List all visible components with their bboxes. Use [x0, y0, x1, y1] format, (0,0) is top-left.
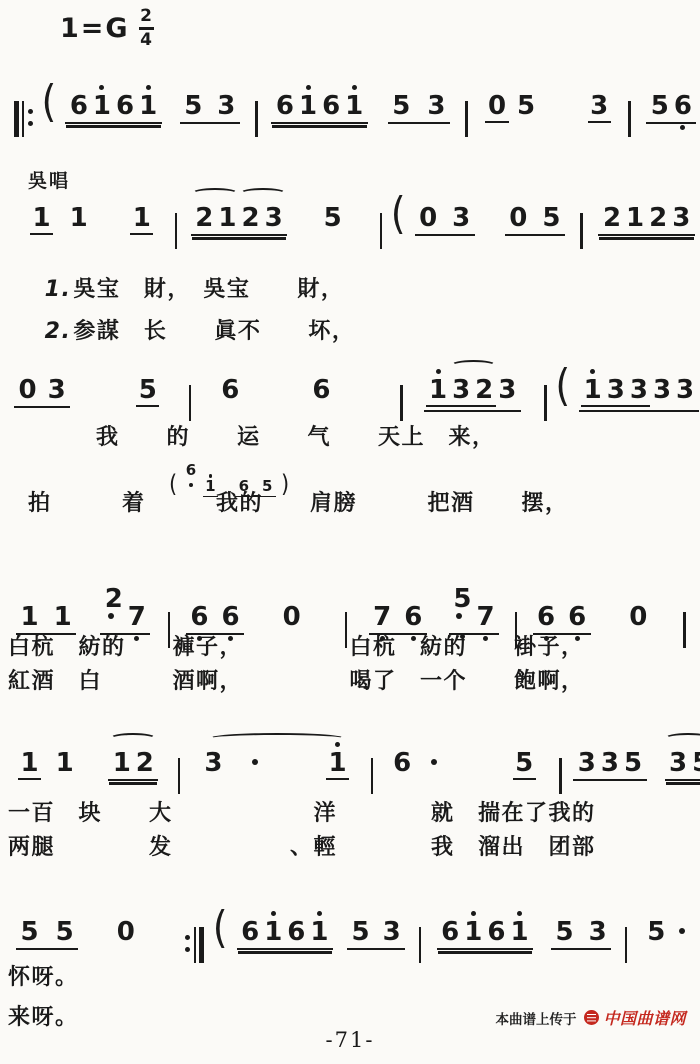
note-3: 3	[450, 205, 473, 231]
note-digit: 5	[517, 93, 535, 119]
note-digit: 0	[509, 205, 527, 231]
barline	[378, 213, 384, 249]
note-6: 6	[67, 93, 90, 119]
note-digit: 6	[116, 93, 134, 119]
note-digit: 5	[651, 93, 669, 119]
note-1: 1	[624, 205, 647, 231]
note-digit: 1	[510, 919, 528, 945]
note-6: 6	[439, 919, 462, 945]
beam-group: 57	[449, 584, 499, 635]
key-label: 1=G	[60, 13, 130, 44]
note-digit: 5	[184, 93, 202, 119]
note-digit: 0	[283, 604, 301, 630]
note-1: 1	[90, 93, 113, 119]
bar-stroke	[178, 758, 181, 794]
note-1: 1	[216, 205, 239, 231]
note-2: 2	[193, 205, 216, 231]
watermark-credit: 本曲谱上传于 中国曲谱网	[495, 1006, 686, 1029]
repeat-dots	[28, 101, 33, 137]
note-digit: 6	[393, 750, 411, 776]
note-digit: 6	[70, 93, 88, 119]
note-6: 6	[566, 604, 589, 630]
note-6: 6	[219, 604, 242, 630]
barline	[623, 927, 629, 963]
slur-arc	[451, 360, 495, 371]
beam-group: 53	[347, 917, 405, 950]
beam-group: 53	[180, 91, 240, 124]
beam-group: 05	[505, 203, 565, 236]
lyric-line-row: 两腿 发 、輕 我 溜出 团部	[8, 834, 596, 862]
note-digit: 1	[133, 205, 151, 231]
octave-dot-high	[271, 911, 276, 916]
augmentation-dot	[431, 759, 437, 765]
note-3: 3	[380, 919, 403, 945]
barline	[558, 758, 564, 794]
note-digit: 1	[93, 93, 111, 119]
note-2: 2	[239, 205, 262, 231]
note-0: 0	[417, 205, 440, 231]
beam-group: 5	[319, 203, 346, 234]
barline	[627, 101, 633, 137]
beam-group: 6	[389, 748, 495, 779]
bar-stroke	[371, 758, 374, 794]
note-1: 1	[110, 750, 133, 776]
note-digit: 3	[383, 919, 401, 945]
barline	[464, 101, 470, 137]
beam-group: 03	[14, 375, 70, 408]
beam-group: 31	[200, 748, 351, 783]
bar-stroke	[628, 101, 631, 137]
note-digit: 3	[607, 377, 625, 403]
note-digit: 5	[392, 93, 410, 119]
note-digit: 3	[452, 377, 470, 403]
note-digit: 7	[373, 604, 391, 630]
note-digit: 6	[276, 93, 294, 119]
note-digit: 3	[48, 377, 66, 403]
bar-stroke	[419, 927, 422, 963]
time-signature-numerator: 2	[140, 8, 152, 25]
note-0: 0	[627, 604, 650, 630]
note-digit: 0	[117, 919, 135, 945]
octave-dot-high	[209, 474, 213, 478]
music-line-verse-2: 035661323(13333)	[6, 372, 700, 414]
octave-dot-high	[306, 85, 311, 90]
beam-group: 03	[415, 203, 475, 236]
slur-arc	[209, 733, 345, 744]
octave-dot-high	[590, 369, 595, 374]
beam-group: 2123	[191, 203, 287, 236]
beam-group: 66	[533, 602, 591, 635]
note-3: 3	[202, 750, 225, 776]
note-digit: 6	[241, 919, 259, 945]
note-2: 2	[473, 377, 496, 407]
note-digit: 5	[56, 919, 74, 945]
note-digit: 6	[322, 93, 340, 119]
barline	[176, 758, 182, 794]
music-line-intro: (616153616153053566)	[6, 88, 700, 130]
augmentation-dot	[679, 928, 685, 934]
note-1: 1	[51, 604, 74, 630]
beam-group: 6161	[271, 91, 367, 124]
credit-label: 本曲谱上传于	[495, 1008, 576, 1028]
note-7: 7	[125, 604, 148, 630]
note-digit: 1	[56, 750, 74, 776]
slur-arc	[192, 188, 238, 199]
beam-group: 0	[278, 602, 305, 633]
note-7: 7	[371, 604, 394, 630]
note-digit: 5	[542, 205, 560, 231]
slur-arc	[240, 188, 286, 199]
note-0: 0	[280, 604, 303, 630]
note-digit: 1	[21, 750, 39, 776]
note-digit: 0	[629, 604, 647, 630]
barline	[543, 385, 549, 421]
note-1: 1	[508, 919, 531, 945]
note-digit: 1	[70, 205, 88, 231]
note-digit: 6	[287, 919, 305, 945]
note-1: 1	[53, 750, 76, 776]
lyric-line-row: 白杭 紡的 褲子， 白杭 紡的 褂子，	[8, 634, 585, 662]
beam-group: 6	[217, 375, 244, 406]
site-name: 中国曲谱网	[603, 1006, 686, 1029]
note-5: 5	[513, 750, 536, 780]
note-6: 6	[671, 93, 694, 119]
note-3: 3	[598, 750, 621, 776]
bar-stroke	[189, 385, 192, 421]
page-number: -71-	[0, 1028, 700, 1052]
note-digit: 6	[537, 604, 555, 630]
note-5: 5	[540, 205, 563, 231]
note-digit: 6	[221, 604, 239, 630]
bar-stroke	[22, 101, 25, 137]
barline	[579, 213, 585, 249]
note-1: 1	[426, 377, 449, 407]
note-0: 0	[485, 93, 508, 123]
note-3: 3	[575, 750, 598, 776]
note-digit: 3	[676, 377, 694, 403]
note-3: 3	[667, 750, 690, 776]
note-digit: 6	[221, 377, 239, 403]
beam-group: 76	[369, 602, 427, 635]
note-6: 6	[285, 919, 308, 945]
music-line-verse-3: 11276607657660	[8, 584, 693, 641]
note-0: 0	[507, 205, 530, 231]
beam-group: 55	[16, 917, 78, 950]
augmentation-dot	[252, 759, 258, 765]
note-5: 5	[648, 93, 671, 119]
octave-dot-high	[436, 369, 441, 374]
beam-group: 53	[388, 91, 450, 124]
note-digit: 5	[692, 750, 700, 776]
note-digit: 2	[649, 205, 667, 231]
bar-stroke	[465, 101, 468, 137]
beam-group: 56	[646, 91, 696, 124]
repeat-begin-barline	[12, 101, 35, 137]
note-3: 3	[627, 377, 650, 407]
note-2: 2	[133, 750, 156, 776]
lyric-line-row: 紅酒 白 酒啊， 喝了 一个 飽啊，	[8, 668, 585, 696]
lyric-line-row: 一百 块 大 洋 就 揣在了我的	[8, 800, 596, 828]
note-6: 6	[535, 604, 558, 630]
note-5: 5	[690, 750, 700, 776]
note-digit: 5	[139, 377, 157, 403]
beam-group: 1323	[424, 375, 520, 412]
music-line-verse-4: 11123165335353	[8, 748, 700, 787]
note-3: 3	[604, 377, 627, 407]
beam-group: 5	[643, 917, 690, 948]
open-paren: (	[391, 198, 406, 228]
note-3: 3	[650, 377, 673, 403]
note-digit: 1	[345, 93, 363, 119]
beam-group: 11	[16, 602, 76, 635]
note-digit: 6	[674, 93, 692, 119]
octave-dot-high	[352, 85, 357, 90]
note-3: 3	[450, 377, 473, 407]
note-6: 6	[273, 93, 296, 119]
note-digit: 3	[427, 93, 445, 119]
barline	[187, 385, 193, 421]
note-3: 3	[45, 377, 68, 403]
note-6: 6	[188, 604, 211, 630]
note-digit: 5	[21, 919, 39, 945]
note-7: 7	[474, 604, 497, 630]
barline	[369, 758, 375, 794]
bar-stroke	[683, 612, 686, 648]
note-digit: 2	[105, 586, 123, 612]
note-digit: 6	[568, 604, 586, 630]
note-5: 5	[321, 205, 344, 231]
note-1: 1	[18, 750, 41, 780]
note-digit: 3	[590, 93, 608, 119]
lyric-line-row: 我 的 运 气 天上 来，	[96, 424, 496, 452]
octave-dot-high	[99, 85, 104, 90]
time-signature-denominator: 4	[140, 32, 152, 49]
beam-group: 27	[100, 584, 150, 635]
note-digit: 2	[241, 205, 259, 231]
note-digit: 1	[328, 750, 346, 776]
note-3: 3	[496, 377, 519, 403]
note-5: 5	[645, 919, 668, 945]
note-digit: 1	[299, 93, 317, 119]
beam-group: 6	[308, 375, 335, 406]
note-6: 6	[114, 93, 137, 119]
note-digit: 0	[19, 377, 37, 403]
note-digit: 7	[128, 604, 146, 630]
note-5: 5	[553, 919, 576, 945]
lyric-text: 参謀 长 眞不 坏，	[73, 319, 355, 344]
beam-group: 6161	[237, 917, 333, 950]
beam-group: 0	[625, 602, 652, 633]
note-digit: 3	[630, 377, 648, 403]
verse-number: 2.	[45, 319, 72, 344]
note-digit: 3	[452, 205, 470, 231]
note-digit: 3	[204, 750, 222, 776]
bar-stroke	[255, 101, 258, 137]
note-6: 6	[402, 604, 425, 630]
note-6: 6	[239, 919, 262, 945]
beam-group: 5	[511, 748, 538, 783]
note-digit: 6	[190, 604, 208, 630]
repeat-end-barline	[183, 927, 206, 963]
beam-group: 66	[186, 602, 244, 635]
note-digit: 2	[475, 377, 493, 403]
barline	[254, 101, 260, 137]
note-1: 1	[296, 93, 319, 119]
note-digit: 5	[453, 586, 471, 612]
note-digit: 3	[672, 205, 690, 231]
note-digit: 1	[264, 919, 282, 945]
note-digit: 3	[601, 750, 619, 776]
note-0: 0	[16, 377, 39, 403]
barline	[417, 927, 423, 963]
bar-stroke	[544, 385, 547, 421]
note-2: 2	[102, 586, 125, 628]
note-digit: 0	[419, 205, 437, 231]
open-paren: (	[213, 912, 228, 942]
note-1: 1	[137, 93, 160, 119]
note-1: 1	[18, 604, 41, 630]
note-digit: 6	[186, 463, 196, 478]
note-2: 2	[600, 205, 623, 231]
note-1: 1	[308, 919, 331, 945]
barline	[682, 612, 688, 648]
octave-dot-high	[517, 911, 522, 916]
lyric-line-row: 拍 着 我的 肩膀 把酒 摆，	[28, 490, 569, 518]
note-digit: 1	[584, 377, 602, 403]
beam-group: 6161	[437, 917, 533, 950]
note-5: 5	[349, 919, 372, 945]
note-6: 6	[219, 377, 242, 403]
note-digit: 5	[647, 919, 665, 945]
note-6: 6	[320, 93, 343, 119]
note-1: 1	[130, 205, 153, 235]
note-digit: 6	[441, 919, 459, 945]
slur-arc	[665, 733, 700, 744]
beam-group: 1	[128, 203, 155, 238]
beam-group: 353	[665, 748, 700, 781]
note-1: 1	[462, 919, 485, 945]
note-1: 1	[30, 205, 53, 235]
bar-stroke	[559, 758, 562, 794]
note-3: 3	[670, 205, 693, 231]
note-digit: 5	[556, 919, 574, 945]
octave-dot-high	[471, 911, 476, 916]
barline	[399, 385, 405, 421]
bar-stroke	[175, 213, 178, 249]
beam-group: 335	[573, 748, 646, 781]
note-digit: 5	[624, 750, 642, 776]
note-digit: 3	[669, 750, 687, 776]
bar-stroke	[380, 213, 383, 249]
note-5: 5	[53, 919, 76, 945]
note-digit: 1	[139, 93, 157, 119]
note-digit: 6	[312, 377, 330, 403]
repeat-dots	[185, 927, 190, 963]
bar-stroke	[400, 385, 403, 421]
beam-group: 11	[16, 748, 78, 783]
note-6: 6	[310, 377, 333, 403]
note-digit: 3	[589, 919, 607, 945]
bar-stroke	[199, 927, 204, 963]
beam-group: 05	[483, 91, 539, 126]
key-time-signature: 1=G 2 4	[60, 8, 154, 49]
note-digit: 5	[351, 919, 369, 945]
note-1: 1	[262, 919, 285, 945]
note-digit: 0	[488, 93, 506, 119]
beam-group: 6161	[65, 91, 161, 124]
note-digit: 1	[464, 919, 482, 945]
bar-stroke	[194, 927, 197, 963]
qupu-site-logo-icon	[584, 1010, 599, 1025]
note-1: 1	[326, 750, 349, 780]
lyric-line-verse2-row1: 2.参謀 长 眞不 坏，	[8, 290, 355, 373]
note-5: 5	[451, 586, 474, 628]
note-digit: 6	[404, 604, 422, 630]
bar-stroke	[14, 101, 19, 137]
note-digit: 5	[515, 750, 533, 776]
lyric-line-row: 怀呀。	[8, 964, 79, 992]
note-digit: 2	[136, 750, 154, 776]
beam-group: 13333	[579, 375, 698, 412]
octave-dot-high	[146, 85, 151, 90]
note-digit: 1	[33, 205, 51, 231]
time-signature: 2 4	[139, 8, 154, 49]
augmentation-dot	[456, 613, 462, 619]
note-digit: 2	[603, 205, 621, 231]
note-1: 1	[581, 377, 604, 407]
note-digit: 3	[265, 205, 283, 231]
music-line-coda: 550(61615361615353(5660)	[8, 914, 700, 956]
open-paren: (	[42, 86, 57, 116]
note-digit: 1	[626, 205, 644, 231]
note-3: 3	[262, 205, 285, 231]
note-digit: 1	[429, 377, 447, 403]
octave-dot-low	[680, 125, 685, 130]
note-digit: 1	[218, 205, 236, 231]
beam-group: 3	[586, 91, 613, 126]
beam-group: 11	[28, 203, 92, 238]
note-1: 1	[67, 205, 90, 231]
note-digit: 6	[487, 919, 505, 945]
note-3: 3	[674, 377, 697, 403]
note-5: 5	[621, 750, 644, 776]
note-digit: 3	[217, 93, 235, 119]
note-digit: 1	[113, 750, 131, 776]
note-1: 1	[343, 93, 366, 119]
beam-group: 5	[134, 375, 161, 410]
beam-group: 0	[112, 917, 139, 948]
note-digit: 7	[476, 604, 494, 630]
note-3: 3	[215, 93, 238, 119]
note-digit: 3	[578, 750, 596, 776]
note-5: 5	[18, 919, 41, 945]
note-digit: 5	[324, 205, 342, 231]
note-6: 6	[485, 919, 508, 945]
note-5: 5	[182, 93, 205, 119]
barline	[173, 213, 179, 249]
sheet-music-page: 1=G 2 4 (616153616153053566) 吳唱 11121235…	[0, 0, 700, 1064]
note-digit: 1	[54, 604, 72, 630]
slur-arc	[110, 733, 156, 744]
note-3: 3	[425, 93, 448, 119]
note-digit: 2	[195, 205, 213, 231]
note-5: 5	[515, 93, 538, 119]
note-5: 5	[136, 377, 159, 407]
music-line-verse-1: 11121235(0305212355)	[18, 200, 700, 242]
beam-group: 2123	[598, 203, 694, 236]
note-digit: 1	[21, 604, 39, 630]
note-0: 0	[114, 919, 137, 945]
